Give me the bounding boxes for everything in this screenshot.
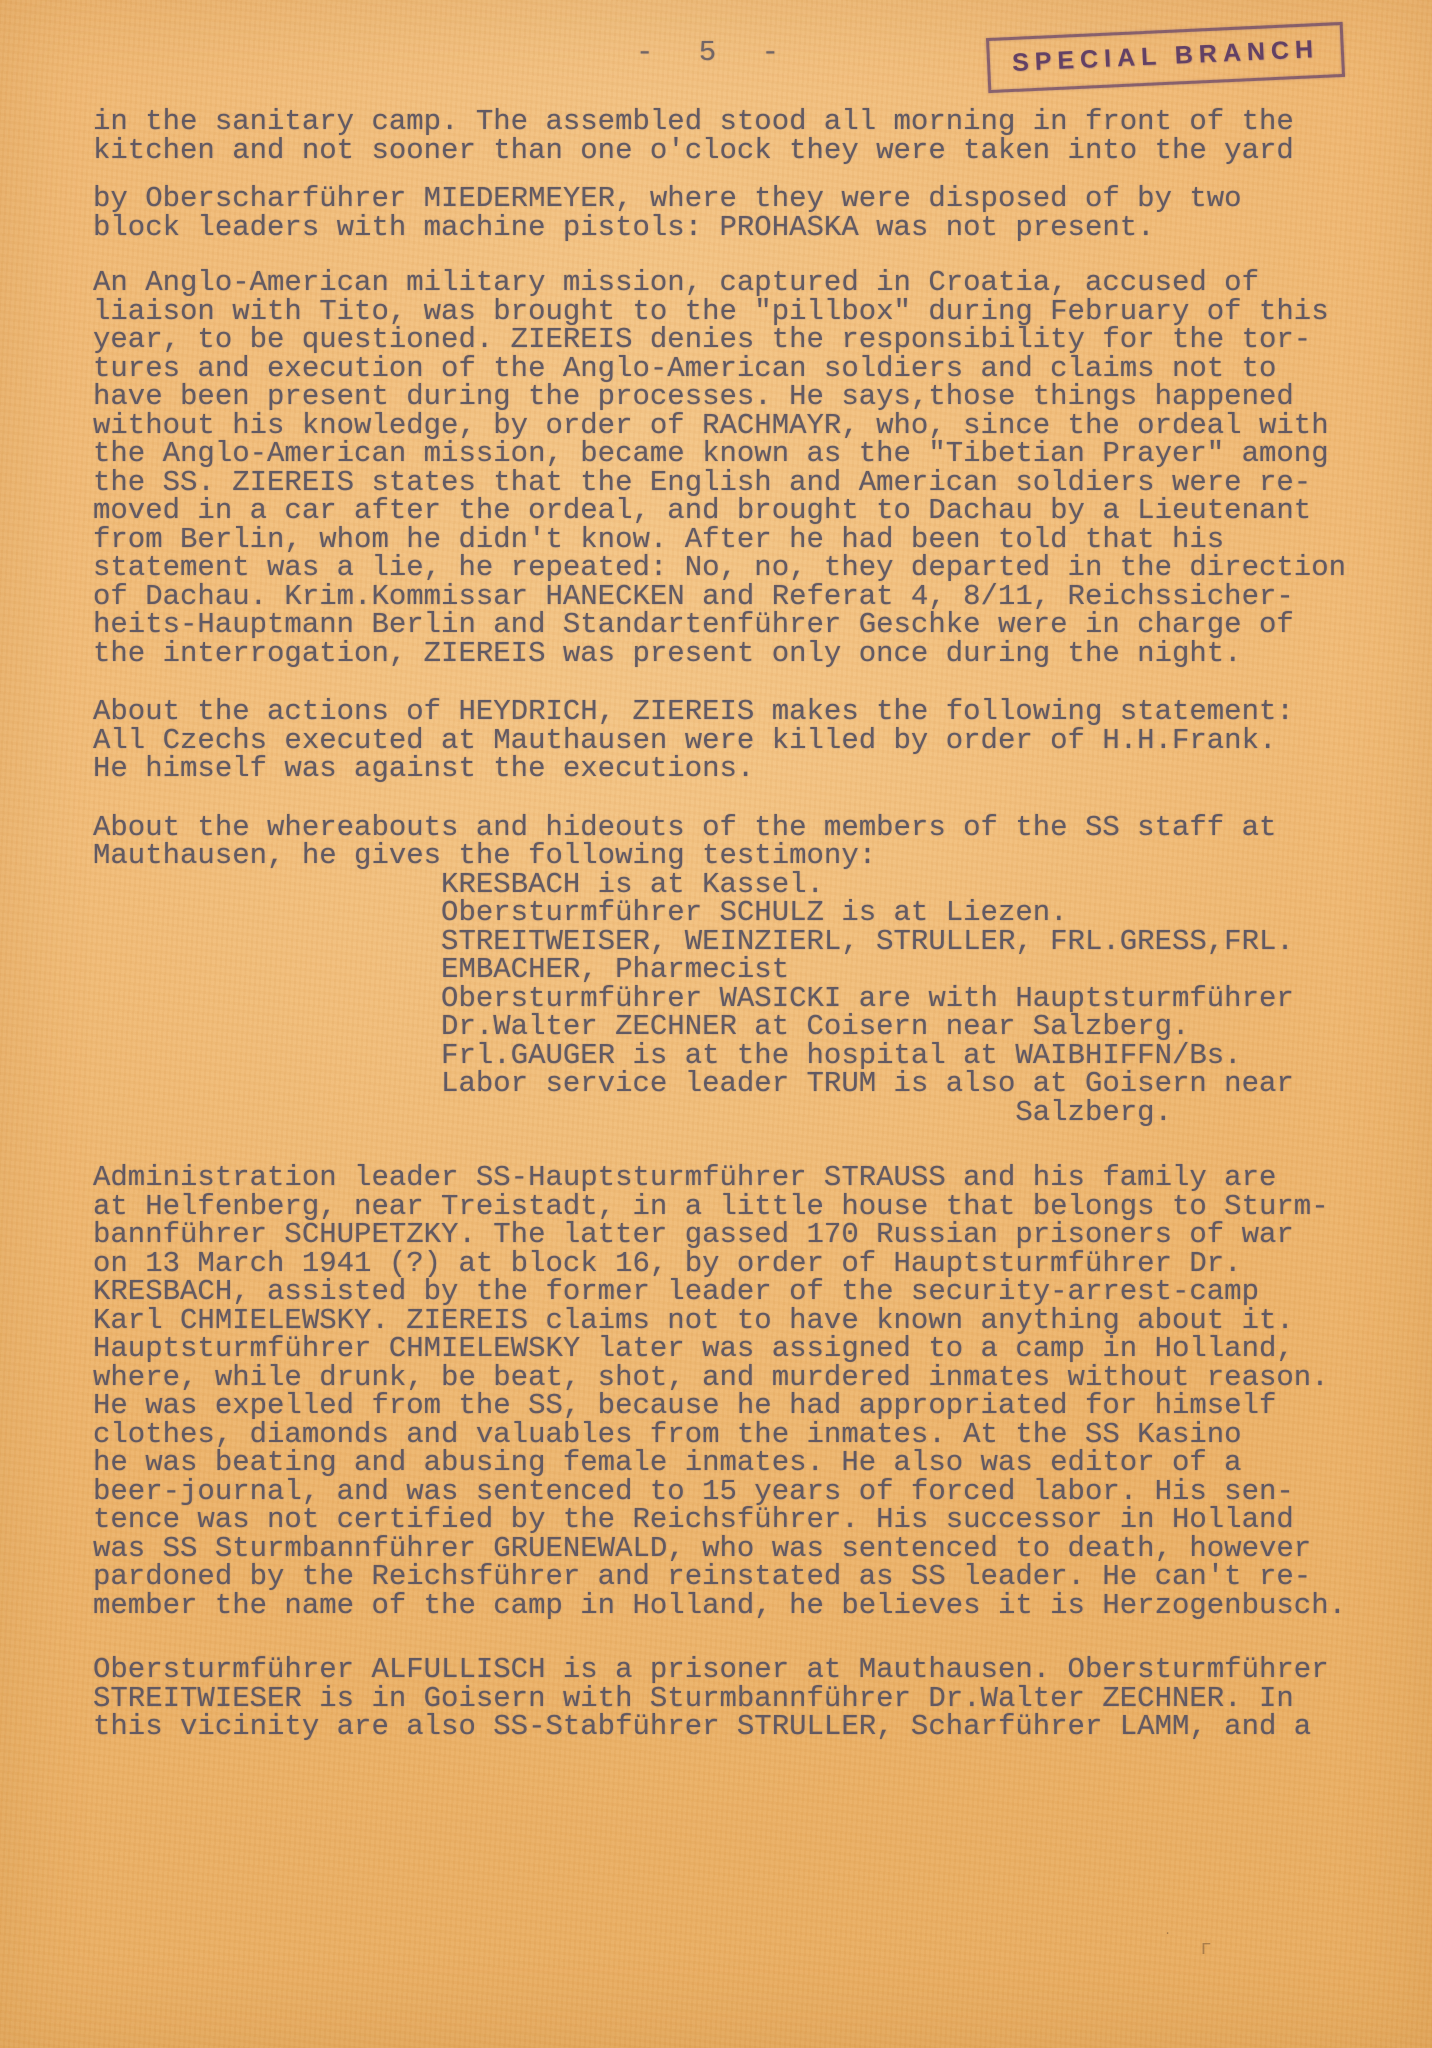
text-line: EMBACHER, Pharmecist [93, 956, 1346, 985]
text-line: About the whereabouts and hideouts of th… [93, 814, 1346, 843]
text-line: He himself was against the executions. [93, 755, 1346, 784]
text-line: of Dachau. Krim.Kommissar HANECKEN and R… [93, 583, 1346, 612]
text-line: pardoned by the Reichsführer and reinsta… [93, 1563, 1346, 1592]
text-line: the SS. ZIEREIS states that the English … [93, 469, 1346, 498]
text-line: Mauthausen, he gives the following testi… [93, 842, 1346, 871]
text-line: KRESBACH is at Kassel. [93, 871, 1346, 900]
stray-ink-dot: . [1164, 1924, 1171, 1938]
text-line: Karl CHMIELEWSKY. ZIEREIS claims not to … [93, 1307, 1346, 1336]
text-line: moved in a car after the ordeal, and bro… [93, 497, 1346, 526]
text-line: Hauptsturmführer CHMIELEWSKY later was a… [93, 1335, 1346, 1364]
paragraph: About the whereabouts and hideouts of th… [93, 814, 1346, 1128]
text-line: liaison with Tito, was brought to the "p… [93, 298, 1346, 327]
text-line: where, while drunk, be beat, shot, and m… [93, 1364, 1346, 1393]
text-line: the interrogation, ZIEREIS was present o… [93, 640, 1346, 669]
text-line: Obersturmführer ALFULLISCH is a prisoner… [93, 1656, 1346, 1685]
text-line: About the actions of HEYDRICH, ZIEREIS m… [93, 698, 1346, 727]
text-line: bannführer SCHUPETZKY. The latter gassed… [93, 1221, 1346, 1250]
text-line: statement was a lie, he repeated: No, no… [93, 554, 1346, 583]
text-line: Salzberg. [93, 1099, 1346, 1128]
page-number: - 5 - [636, 36, 793, 69]
text-line: from Berlin, whom he didn't know. After … [93, 526, 1346, 555]
special-branch-stamp: SPECIAL BRANCH [986, 22, 1345, 93]
text-line: tence was not certified by the Reichsfüh… [93, 1506, 1346, 1535]
scanned-document-page: - 5 - SPECIAL BRANCH in the sanitary cam… [0, 0, 1432, 2048]
text-line: member the name of the camp in Holland, … [93, 1592, 1346, 1621]
paragraph: Obersturmführer ALFULLISCH is a prisoner… [93, 1656, 1346, 1742]
text-line: Dr.Walter ZECHNER at Coisern near Salzbe… [93, 1013, 1346, 1042]
text-line: block leaders with machine pistols: PROH… [93, 214, 1346, 243]
text-line: at Helfenberg, near Treistadt, in a litt… [93, 1193, 1346, 1222]
paragraph: An Anglo-American military mission, capt… [93, 269, 1346, 668]
text-line: on 13 March 1941 (?) at block 16, by ord… [93, 1250, 1346, 1279]
text-line: in the sanitary camp. The assembled stoo… [93, 108, 1346, 137]
text-line: Labor service leader TRUM is also at Goi… [93, 1070, 1346, 1099]
text-line: by Oberscharführer MIEDERMEYER, where th… [93, 185, 1346, 214]
text-line: Obersturmführer WASICKI are with Hauptst… [93, 985, 1346, 1014]
text-line: STREITWEISER, WEINZIERL, STRULLER, FRL.G… [93, 928, 1346, 957]
paragraph: About the actions of HEYDRICH, ZIEREIS m… [93, 698, 1346, 784]
text-line: clothes, diamonds and valuables from the… [93, 1421, 1346, 1450]
stray-ink-mark: г [1200, 1938, 1212, 1961]
paragraph: Administration leader SS-Hauptsturmführe… [93, 1164, 1346, 1620]
text-line: beer-journal, and was sentenced to 15 ye… [93, 1478, 1346, 1507]
text-line: he was beating and abusing female inmate… [93, 1449, 1346, 1478]
paragraph: in the sanitary camp. The assembled stoo… [93, 108, 1346, 165]
text-line: kitchen and not sooner than one o'clock … [93, 137, 1346, 166]
text-line: tures and execution of the Anglo-America… [93, 355, 1346, 384]
text-line: All Czechs executed at Mauthausen were k… [93, 727, 1346, 756]
text-line: Obersturmführer SCHULZ is at Liezen. [93, 899, 1346, 928]
paragraph: by Oberscharführer MIEDERMEYER, where th… [93, 185, 1346, 242]
stamp-label: SPECIAL BRANCH [1011, 35, 1319, 77]
text-line: Administration leader SS-Hauptsturmführe… [93, 1164, 1346, 1193]
text-line: this vicinity are also SS-Stabführer STR… [93, 1713, 1346, 1742]
text-line: without his knowledge, by order of RACHM… [93, 412, 1346, 441]
text-line: the Anglo-American mission, became known… [93, 440, 1346, 469]
text-line: heits-Hauptmann Berlin and Standartenfüh… [93, 611, 1346, 640]
text-line: was SS Sturmbannführer GRUENEWALD, who w… [93, 1535, 1346, 1564]
text-line: Frl.GAUGER is at the hospital at WAIBHIF… [93, 1042, 1346, 1071]
text-line: STREITWIESER is in Goisern with Sturmban… [93, 1685, 1346, 1714]
text-line: year, to be questioned. ZIEREIS denies t… [93, 326, 1346, 355]
text-line: have been present during the processes. … [93, 383, 1346, 412]
text-line: KRESBACH, assisted by the former leader … [93, 1278, 1346, 1307]
text-line: An Anglo-American military mission, capt… [93, 269, 1346, 298]
document-body: in the sanitary camp. The assembled stoo… [93, 108, 1346, 1742]
text-line: He was expelled from the SS, because he … [93, 1392, 1346, 1421]
